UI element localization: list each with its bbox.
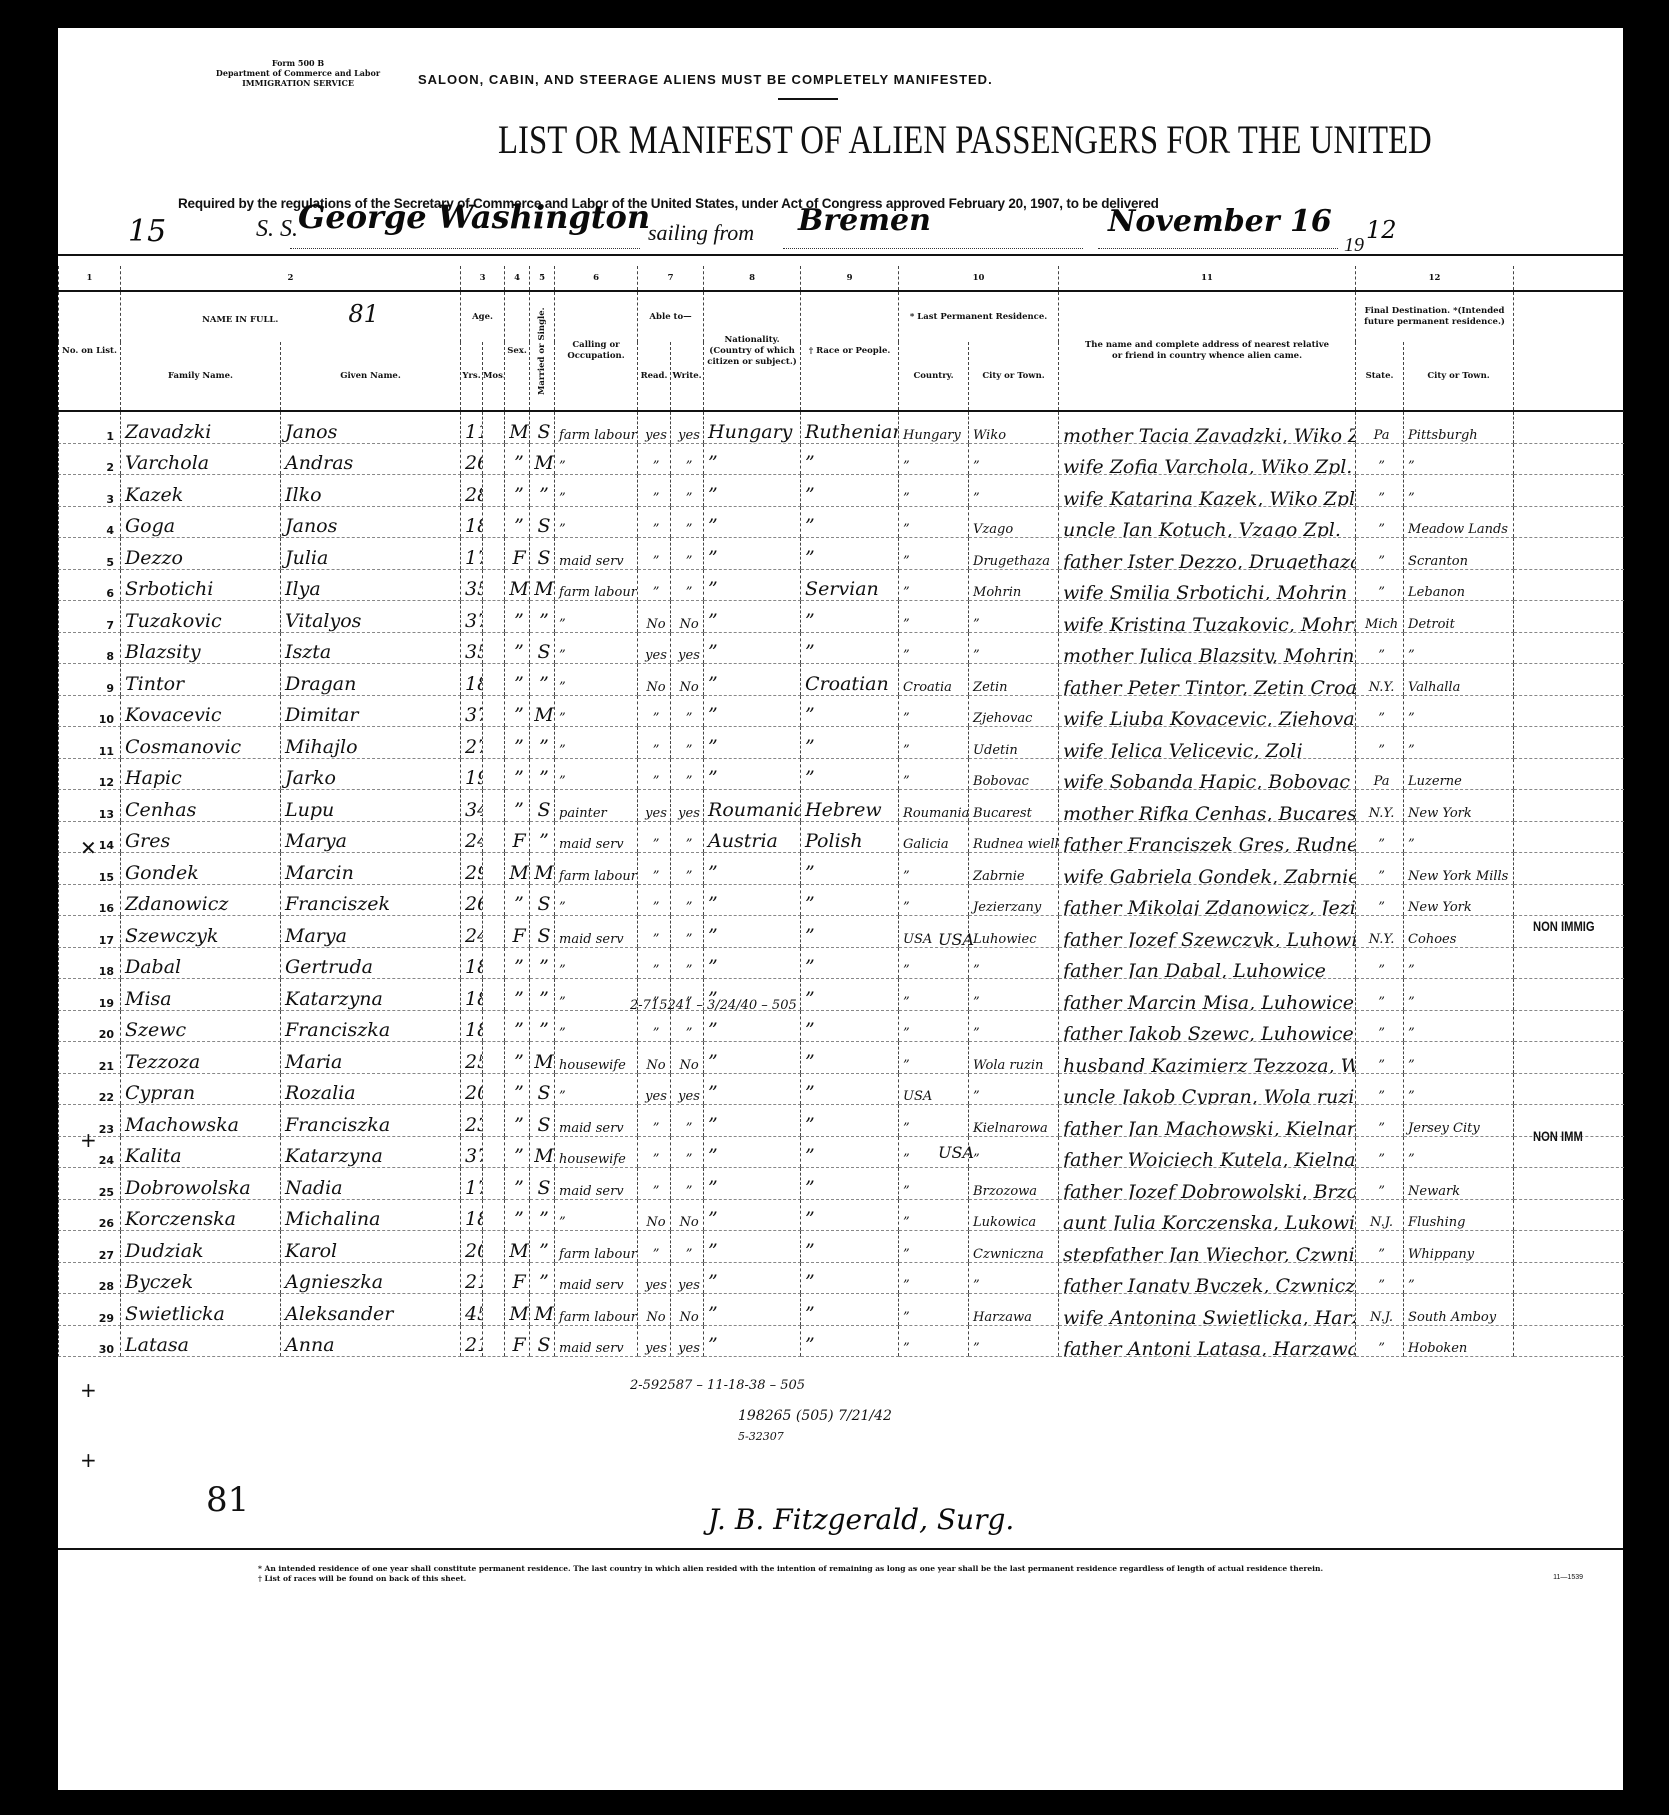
col-number: 2 xyxy=(121,266,461,291)
table-row: 13CenhasLupu34”SpainteryesyesRoumaniaHeb… xyxy=(59,790,1624,822)
can-read: No xyxy=(638,1042,671,1074)
race: ” xyxy=(801,475,899,507)
sex: ” xyxy=(505,758,530,790)
port-underline xyxy=(783,248,1083,249)
can-read: ” xyxy=(638,443,671,475)
given-name: Andras xyxy=(281,443,461,475)
blank xyxy=(1514,1042,1624,1074)
can-read: ” xyxy=(638,475,671,507)
race: ” xyxy=(801,632,899,664)
row-number: 8 xyxy=(59,632,121,664)
sex: ” xyxy=(505,1168,530,1200)
age-months xyxy=(483,1042,505,1074)
destination-state: ” xyxy=(1356,475,1404,507)
occupation: ” xyxy=(555,443,638,475)
residence-country: ” xyxy=(899,695,969,727)
header-state: State. xyxy=(1356,342,1404,411)
destination-state: ” xyxy=(1356,1042,1404,1074)
age-months xyxy=(483,821,505,853)
race: ” xyxy=(801,1199,899,1231)
can-write: No xyxy=(671,601,704,633)
can-read: ” xyxy=(638,1136,671,1168)
blank xyxy=(1514,1168,1624,1200)
header-row-1: No. on List. NAME IN FULL.81 Age. Sex. M… xyxy=(59,291,1624,342)
destination-state: ” xyxy=(1356,506,1404,538)
sex: ” xyxy=(505,632,530,664)
race: ” xyxy=(801,1168,899,1200)
nearest-relative: stepfather Jan Wiechor, Czwniczna xyxy=(1059,1231,1356,1263)
destination-city: New York Mills xyxy=(1404,853,1514,885)
residence-city: Bobovac xyxy=(969,758,1059,790)
race: ” xyxy=(801,1042,899,1074)
age-years: 29 xyxy=(461,853,483,885)
header-nationality: Nationality. (Country of which citizen o… xyxy=(704,291,801,411)
row-number: 27 xyxy=(59,1231,121,1263)
form-identifier: Form 500 B Department of Commerce and La… xyxy=(198,58,398,88)
header-city-town: City or Town. xyxy=(969,342,1059,411)
can-write: ” xyxy=(671,1231,704,1263)
nearest-relative: mother Tacia Zavadzki, Wiko Zpl. Hung. xyxy=(1059,411,1356,443)
table-row: 1ZavadzkiJanos11MSfarm laboureryesyesHun… xyxy=(59,411,1624,443)
destination-state: ” xyxy=(1356,821,1404,853)
given-name: Franciszek xyxy=(281,884,461,916)
margin-x-mark: ✕ xyxy=(80,836,97,860)
names-count: 81 xyxy=(348,300,379,328)
destination-state: ” xyxy=(1356,1325,1404,1357)
nationality: ” xyxy=(704,1168,801,1200)
occupation: ” xyxy=(555,979,638,1011)
age-years: 27 xyxy=(461,727,483,759)
marital-status: M xyxy=(530,853,555,885)
table-row: 9TintorDragan18”””NoNo”CroatianCroatiaZe… xyxy=(59,664,1624,696)
residence-city: Drugethaza xyxy=(969,538,1059,570)
residence-city: Harzawa xyxy=(969,1294,1059,1326)
age-years: 11 xyxy=(461,411,483,443)
destination-city: Flushing xyxy=(1404,1199,1514,1231)
residence-city: Czwniczna xyxy=(969,1231,1059,1263)
marital-status: S xyxy=(530,1105,555,1137)
age-months xyxy=(483,1262,505,1294)
race: ” xyxy=(801,695,899,727)
row-number: 28 xyxy=(59,1262,121,1294)
header-nearest-relative: The name and complete address of nearest… xyxy=(1059,291,1356,411)
footnote-races: † List of races will be found on back of… xyxy=(258,1574,1323,1584)
race: Croatian xyxy=(801,664,899,696)
col-number: 12 xyxy=(1356,266,1514,291)
col-number: 9 xyxy=(801,266,899,291)
divider xyxy=(778,98,838,100)
blank xyxy=(1514,853,1624,885)
nationality: ” xyxy=(704,1010,801,1042)
row-number: 26 xyxy=(59,1199,121,1231)
marital-status: ” xyxy=(530,1010,555,1042)
can-write: ” xyxy=(671,569,704,601)
sex: ” xyxy=(505,790,530,822)
header-married-single: Married or Single. xyxy=(530,291,555,411)
age-months xyxy=(483,790,505,822)
age-months xyxy=(483,443,505,475)
age-years: 35 xyxy=(461,569,483,601)
destination-state: ” xyxy=(1356,1168,1404,1200)
marital-status: S xyxy=(530,506,555,538)
marital-status: M xyxy=(530,569,555,601)
can-read: yes xyxy=(638,1073,671,1105)
given-name: Katarzyna xyxy=(281,1136,461,1168)
row-number: 12 xyxy=(59,758,121,790)
nationality: ” xyxy=(704,1073,801,1105)
family-name: Cenhas xyxy=(121,790,281,822)
race: ” xyxy=(801,1105,899,1137)
blank xyxy=(1514,1073,1624,1105)
occupation: ” xyxy=(555,664,638,696)
nationality: ” xyxy=(704,506,801,538)
family-name: Dobrowolska xyxy=(121,1168,281,1200)
residence-country: ” xyxy=(899,1042,969,1074)
family-name: Zavadzki xyxy=(121,411,281,443)
header-country: Country. xyxy=(899,342,969,411)
family-name: Dezzo xyxy=(121,538,281,570)
header-name-label: NAME IN FULL. xyxy=(202,315,278,325)
destination-city: Valhalla xyxy=(1404,664,1514,696)
sex: F xyxy=(505,1262,530,1294)
can-write: No xyxy=(671,664,704,696)
age-years: 20 xyxy=(461,1073,483,1105)
age-months xyxy=(483,664,505,696)
residence-city: ” xyxy=(969,1136,1059,1168)
can-read: ” xyxy=(638,1105,671,1137)
race: Polish xyxy=(801,821,899,853)
marital-status: ” xyxy=(530,664,555,696)
marital-status: ” xyxy=(530,1231,555,1263)
destination-city: Whippany xyxy=(1404,1231,1514,1263)
can-write: ” xyxy=(671,475,704,507)
can-read: ” xyxy=(638,506,671,538)
residence-country: ” xyxy=(899,443,969,475)
sailing-date: November 16 xyxy=(1108,204,1332,239)
destination-city: Lebanon xyxy=(1404,569,1514,601)
sex: ” xyxy=(505,1010,530,1042)
residence-country: ” xyxy=(899,947,969,979)
passenger-rows: 1ZavadzkiJanos11MSfarm laboureryesyesHun… xyxy=(59,411,1624,1357)
header-race: † Race or People. xyxy=(801,291,899,411)
col-number: 1 xyxy=(59,266,121,291)
marital-status: M xyxy=(530,1042,555,1074)
sex: ” xyxy=(505,727,530,759)
nationality: ” xyxy=(704,947,801,979)
family-name: Srbotichi xyxy=(121,569,281,601)
ship-name: George Washington xyxy=(298,198,650,236)
header-name-in-full: NAME IN FULL.81 xyxy=(121,291,461,342)
residence-city: Wola ruzin xyxy=(969,1042,1059,1074)
residence-city: Brzozowa xyxy=(969,1168,1059,1200)
nationality: ” xyxy=(704,1105,801,1137)
given-name: Aleksander xyxy=(281,1294,461,1326)
nationality: ” xyxy=(704,758,801,790)
naturalization-annotation: 2-592587 – 11-18-38 – 505 xyxy=(630,1378,805,1393)
race: Hebrew xyxy=(801,790,899,822)
col-number: 6 xyxy=(555,266,638,291)
race: ” xyxy=(801,506,899,538)
destination-state: ” xyxy=(1356,727,1404,759)
table-row: 23MachowskaFranciszka23”Smaid serv”””””K… xyxy=(59,1105,1624,1137)
family-name: Tuzakovic xyxy=(121,601,281,633)
given-name: Nadia xyxy=(281,1168,461,1200)
nearest-relative: wife Kristina Tuzakovic, Mohrin xyxy=(1059,601,1356,633)
row-number: 25 xyxy=(59,1168,121,1200)
can-read: yes xyxy=(638,1262,671,1294)
table-row: 12HapicJarko19””””””””Bobovacwife Soband… xyxy=(59,758,1624,790)
header-age-months: Mos. xyxy=(483,342,505,411)
residence-city: Rudnea wielka xyxy=(969,821,1059,853)
sex: F xyxy=(505,821,530,853)
given-name: Iszta xyxy=(281,632,461,664)
row-number: 19 xyxy=(59,979,121,1011)
footnotes: * An intended residence of one year shal… xyxy=(258,1564,1323,1584)
destination-city: ” xyxy=(1404,727,1514,759)
destination-state: ” xyxy=(1356,632,1404,664)
marital-status: ” xyxy=(530,727,555,759)
race: ” xyxy=(801,1073,899,1105)
nearest-relative: father Antoni Latasa, Harzawa xyxy=(1059,1325,1356,1357)
marital-status: M xyxy=(530,1136,555,1168)
can-write: ” xyxy=(671,443,704,475)
nearest-relative: wife Smilja Srbotichi, Mohrin xyxy=(1059,569,1356,601)
age-years: 37 xyxy=(461,1136,483,1168)
residence-city: ” xyxy=(969,947,1059,979)
marital-status: S xyxy=(530,884,555,916)
destination-state: ” xyxy=(1356,1231,1404,1263)
nationality: ” xyxy=(704,569,801,601)
family-name: Blazsity xyxy=(121,632,281,664)
age-months xyxy=(483,853,505,885)
destination-city: Detroit xyxy=(1404,601,1514,633)
family-name: Byczek xyxy=(121,1262,281,1294)
destination-city: ” xyxy=(1404,1136,1514,1168)
residence-country: ” xyxy=(899,1199,969,1231)
nationality: ” xyxy=(704,884,801,916)
destination-state: N.Y. xyxy=(1356,916,1404,948)
residence-country: ” xyxy=(899,569,969,601)
occupation: ” xyxy=(555,506,638,538)
residence-city: ” xyxy=(969,1325,1059,1357)
race: ” xyxy=(801,538,899,570)
nearest-relative: father Mikolaj Zdanowicz, Jezierzany xyxy=(1059,884,1356,916)
nearest-relative: wife Katarina Kazek, Wiko Zpl. xyxy=(1059,475,1356,507)
age-months xyxy=(483,1231,505,1263)
can-write: yes xyxy=(671,411,704,443)
age-months xyxy=(483,632,505,664)
age-months xyxy=(483,1294,505,1326)
blank xyxy=(1514,727,1624,759)
age-years: 24 xyxy=(461,821,483,853)
sex: M xyxy=(505,1294,530,1326)
header-blank xyxy=(1514,291,1624,411)
destination-city: Hoboken xyxy=(1404,1325,1514,1357)
nearest-relative: father Wojciech Kutela, Kielnarowa xyxy=(1059,1136,1356,1168)
sex: ” xyxy=(505,506,530,538)
residence-city: ” xyxy=(969,1010,1059,1042)
can-read: ” xyxy=(638,916,671,948)
destination-state: Pa xyxy=(1356,758,1404,790)
occupation: ” xyxy=(555,601,638,633)
race: ” xyxy=(801,1136,899,1168)
nearest-relative: father Ister Dezzo, Drugethaza Ung. xyxy=(1059,538,1356,570)
row-number: 6 xyxy=(59,569,121,601)
nationality: ” xyxy=(704,916,801,948)
year-suffix: 12 xyxy=(1366,216,1397,244)
destination-state: Mich xyxy=(1356,601,1404,633)
residence-country: ” xyxy=(899,1105,969,1137)
table-row: 17SzewczykMarya24FSmaid serv””””USALuhow… xyxy=(59,916,1624,948)
can-write: No xyxy=(671,1199,704,1231)
blank xyxy=(1514,443,1624,475)
can-write: yes xyxy=(671,1262,704,1294)
row-number: 30 xyxy=(59,1325,121,1357)
header-final-destination: Final Destination. *(Intended future per… xyxy=(1356,291,1514,342)
table-row: 6SrbotichiIlya35MMfarm labourer”””Servia… xyxy=(59,569,1624,601)
family-name: Kazek xyxy=(121,475,281,507)
given-name: Mihajlo xyxy=(281,727,461,759)
age-years: 19 xyxy=(461,758,483,790)
nearest-relative: uncle Jakob Cypran, Wola ruzin xyxy=(1059,1073,1356,1105)
age-months xyxy=(483,475,505,507)
age-years: 21 xyxy=(461,1262,483,1294)
given-name: Katarzyna xyxy=(281,979,461,1011)
occupation: ” xyxy=(555,1199,638,1231)
residence-country: ” xyxy=(899,1262,969,1294)
destination-city: ” xyxy=(1404,1262,1514,1294)
age-months xyxy=(483,1168,505,1200)
occupation: ” xyxy=(555,695,638,727)
sex: ” xyxy=(505,1199,530,1231)
blank xyxy=(1514,884,1624,916)
footnote-residence: * An intended residence of one year shal… xyxy=(258,1564,1323,1574)
family-name: Machowska xyxy=(121,1105,281,1137)
col-number: 11 xyxy=(1059,266,1356,291)
residence-city: ” xyxy=(969,475,1059,507)
given-name: Marcin xyxy=(281,853,461,885)
nationality: ” xyxy=(704,1199,801,1231)
header-given-name: Given Name. xyxy=(281,342,461,411)
age-months xyxy=(483,695,505,727)
header-dest-city: City or Town. xyxy=(1404,342,1514,411)
race: ” xyxy=(801,979,899,1011)
nearest-relative: wife Jelica Velicevic, Zolj xyxy=(1059,727,1356,759)
table-row: 22CypranRozalia20”S”yesyes””USA”uncle Ja… xyxy=(59,1073,1624,1105)
can-write: ” xyxy=(671,506,704,538)
table-row: 25DobrowolskaNadia17”Smaid serv”””””Brzo… xyxy=(59,1168,1624,1200)
column-number-row: 1 2 3 4 5 6 7 8 9 10 11 12 xyxy=(59,266,1624,291)
marital-status: S xyxy=(530,411,555,443)
family-name: Kovacevic xyxy=(121,695,281,727)
can-read: No xyxy=(638,601,671,633)
sex: M xyxy=(505,569,530,601)
destination-state: ” xyxy=(1356,538,1404,570)
nearest-relative: wife Sobanda Hapic, Bobovac xyxy=(1059,758,1356,790)
ship-underline xyxy=(290,248,640,249)
race: ” xyxy=(801,758,899,790)
sheet-number: 15 xyxy=(128,214,166,249)
table-row: 18DabalGertruda18”””””””””father Jan Dab… xyxy=(59,947,1624,979)
nearest-relative: mother Rifka Cenhas, Bucarest Roumania xyxy=(1059,790,1356,822)
nearest-relative: father Jozef Dobrowolski, Brzozowa xyxy=(1059,1168,1356,1200)
table-row: 2VarcholaAndras26”M”””””””wife Zofia Var… xyxy=(59,443,1624,475)
residence-country: ” xyxy=(899,601,969,633)
age-months xyxy=(483,947,505,979)
given-name: Franciszka xyxy=(281,1010,461,1042)
family-name: Varchola xyxy=(121,443,281,475)
marital-status: M xyxy=(530,1294,555,1326)
can-write: ” xyxy=(671,758,704,790)
table-row: 21TezzozaMaria25”MhousewifeNoNo”””Wola r… xyxy=(59,1042,1624,1074)
nearest-relative: husband Kazimierz Tezzoza, Wola ruzin xyxy=(1059,1042,1356,1074)
given-name: Marya xyxy=(281,821,461,853)
row-number: 22 xyxy=(59,1073,121,1105)
marital-status: S xyxy=(530,1073,555,1105)
nationality: Hungary xyxy=(704,411,801,443)
sex: F xyxy=(505,538,530,570)
margin-x-mark: + xyxy=(80,1378,97,1402)
sex: ” xyxy=(505,1042,530,1074)
can-read: No xyxy=(638,664,671,696)
can-write: ” xyxy=(671,695,704,727)
can-write: ” xyxy=(671,1168,704,1200)
table-row: 10KovacevicDimitar37”M””””””Zjehovacwife… xyxy=(59,695,1624,727)
residence-city: Zjehovac xyxy=(969,695,1059,727)
row-number: 29 xyxy=(59,1294,121,1326)
table-row: 8BlazsityIszta35”S”yesyes””””mother Juli… xyxy=(59,632,1624,664)
residence-city: Udetin xyxy=(969,727,1059,759)
race: ” xyxy=(801,1010,899,1042)
can-read: ” xyxy=(638,695,671,727)
residence-city: ” xyxy=(969,1262,1059,1294)
destination-city: ” xyxy=(1404,947,1514,979)
destination-city: New York xyxy=(1404,790,1514,822)
can-read: ” xyxy=(638,1231,671,1263)
row-number: 3 xyxy=(59,475,121,507)
nationality: ” xyxy=(704,1042,801,1074)
non-immigrant-stamp: NON IMMIG xyxy=(1533,918,1595,934)
nationality: ” xyxy=(704,475,801,507)
race: ” xyxy=(801,1325,899,1357)
passenger-table: 1 2 3 4 5 6 7 8 9 10 11 12 No. on List. … xyxy=(58,266,1624,1357)
residence-city: ” xyxy=(969,632,1059,664)
age-months xyxy=(483,1136,505,1168)
table-row: 15GondekMarcin29MMfarm labourer”””””Zabr… xyxy=(59,853,1624,885)
residence-country: ” xyxy=(899,979,969,1011)
blank xyxy=(1514,1262,1624,1294)
table-row: 19MisaKatarzyna18”””””””””father Marcin … xyxy=(59,979,1624,1011)
given-name: Maria xyxy=(281,1042,461,1074)
can-write: ” xyxy=(671,727,704,759)
occupation: maid serv xyxy=(555,1168,638,1200)
destination-city: Meadow Lands xyxy=(1404,506,1514,538)
nearest-relative: father Jan Machowski, Kielnarowa xyxy=(1059,1105,1356,1137)
age-months xyxy=(483,1325,505,1357)
age-months xyxy=(483,538,505,570)
age-years: 18 xyxy=(461,664,483,696)
marital-status: S xyxy=(530,632,555,664)
row-number: 11 xyxy=(59,727,121,759)
race: ” xyxy=(801,601,899,633)
sex: F xyxy=(505,1325,530,1357)
sailing-from-label: sailing from xyxy=(648,220,754,246)
row-number: 16 xyxy=(59,884,121,916)
destination-state: ” xyxy=(1356,443,1404,475)
destination-state: N.Y. xyxy=(1356,664,1404,696)
destination-state: ” xyxy=(1356,569,1404,601)
header-family-name: Family Name. xyxy=(121,342,281,411)
